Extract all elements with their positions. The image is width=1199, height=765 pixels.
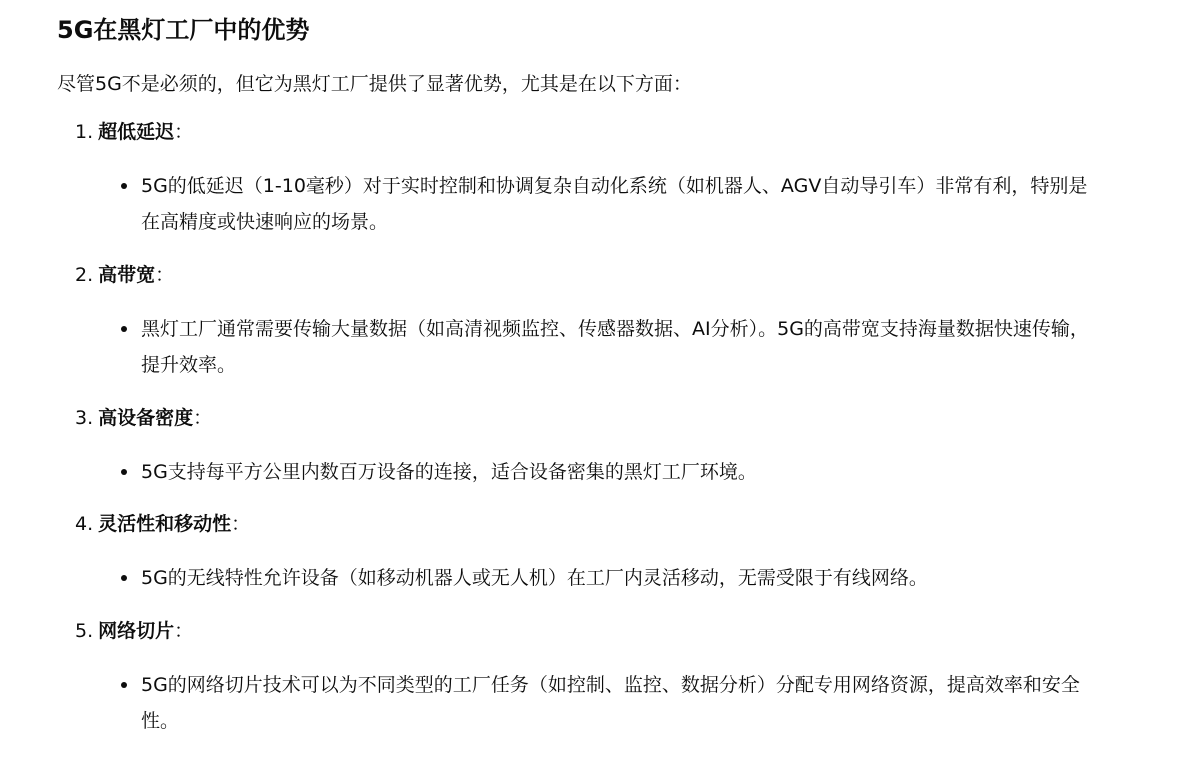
list-item-number: 1.: [75, 121, 93, 143]
list-item-heading: 4.灵活性和移动性：: [75, 510, 250, 538]
bullet-item: 5G的无线特性允许设备（如移动机器人或无人机）在工厂内灵活移动，无需受限于有线网…: [141, 560, 1091, 596]
list-item-colon: ：: [174, 121, 193, 143]
list-item-number: 2.: [75, 264, 93, 286]
intro-paragraph: 尽管5G不是必须的，但它为黑灯工厂提供了显著优势，尤其是在以下方面：: [57, 70, 692, 98]
list-item-label: 网络切片: [98, 620, 174, 642]
bullet-item: 5G的网络切片技术可以为不同类型的工厂任务（如控制、监控、数据分析）分配专用网络…: [141, 667, 1091, 739]
list-item-number: 4.: [75, 513, 93, 535]
bullet-dot-icon: [121, 575, 127, 581]
list-item-colon: ：: [231, 513, 250, 535]
bullet-dot-icon: [121, 183, 127, 189]
list-item-number: 5.: [75, 620, 93, 642]
bullet-text: 5G支持每平方公里内数百万设备的连接，适合设备密集的黑灯工厂环境。: [141, 461, 757, 483]
bullet-item: 5G的低延迟（1-10毫秒）对于实时控制和协调复杂自动化系统（如机器人、AGV自…: [141, 168, 1091, 240]
list-item-label: 超低延迟: [98, 121, 174, 143]
bullet-text: 5G的无线特性允许设备（如移动机器人或无人机）在工厂内灵活移动，无需受限于有线网…: [141, 567, 928, 589]
list-item-heading: 5.网络切片：: [75, 617, 193, 645]
list-item-number: 3.: [75, 407, 93, 429]
page-title: 5G在黑灯工厂中的优势: [57, 12, 309, 48]
document: 5G在黑灯工厂中的优势 尽管5G不是必须的，但它为黑灯工厂提供了显著优势，尤其是…: [0, 0, 1199, 765]
list-item-label: 灵活性和移动性: [98, 513, 231, 535]
bullet-text: 5G的低延迟（1-10毫秒）对于实时控制和协调复杂自动化系统（如机器人、AGV自…: [141, 175, 1087, 233]
list-item-heading: 2.高带宽：: [75, 261, 174, 289]
bullet-dot-icon: [121, 469, 127, 475]
list-item-colon: ：: [174, 620, 193, 642]
list-item-colon: ：: [155, 264, 174, 286]
bullet-item: 5G支持每平方公里内数百万设备的连接，适合设备密集的黑灯工厂环境。: [141, 454, 1091, 490]
list-item-label: 高带宽: [98, 264, 155, 286]
list-item-colon: ：: [193, 407, 212, 429]
bullet-dot-icon: [121, 326, 127, 332]
list-item-heading: 1.超低延迟：: [75, 118, 193, 146]
list-item-label: 高设备密度: [98, 407, 193, 429]
bullet-text: 黑灯工厂通常需要传输大量数据（如高清视频监控、传感器数据、AI分析）。5G的高带…: [141, 318, 1089, 376]
bullet-dot-icon: [121, 682, 127, 688]
list-item-heading: 3.高设备密度：: [75, 404, 212, 432]
bullet-item: 黑灯工厂通常需要传输大量数据（如高清视频监控、传感器数据、AI分析）。5G的高带…: [141, 311, 1091, 383]
bullet-text: 5G的网络切片技术可以为不同类型的工厂任务（如控制、监控、数据分析）分配专用网络…: [141, 674, 1080, 732]
